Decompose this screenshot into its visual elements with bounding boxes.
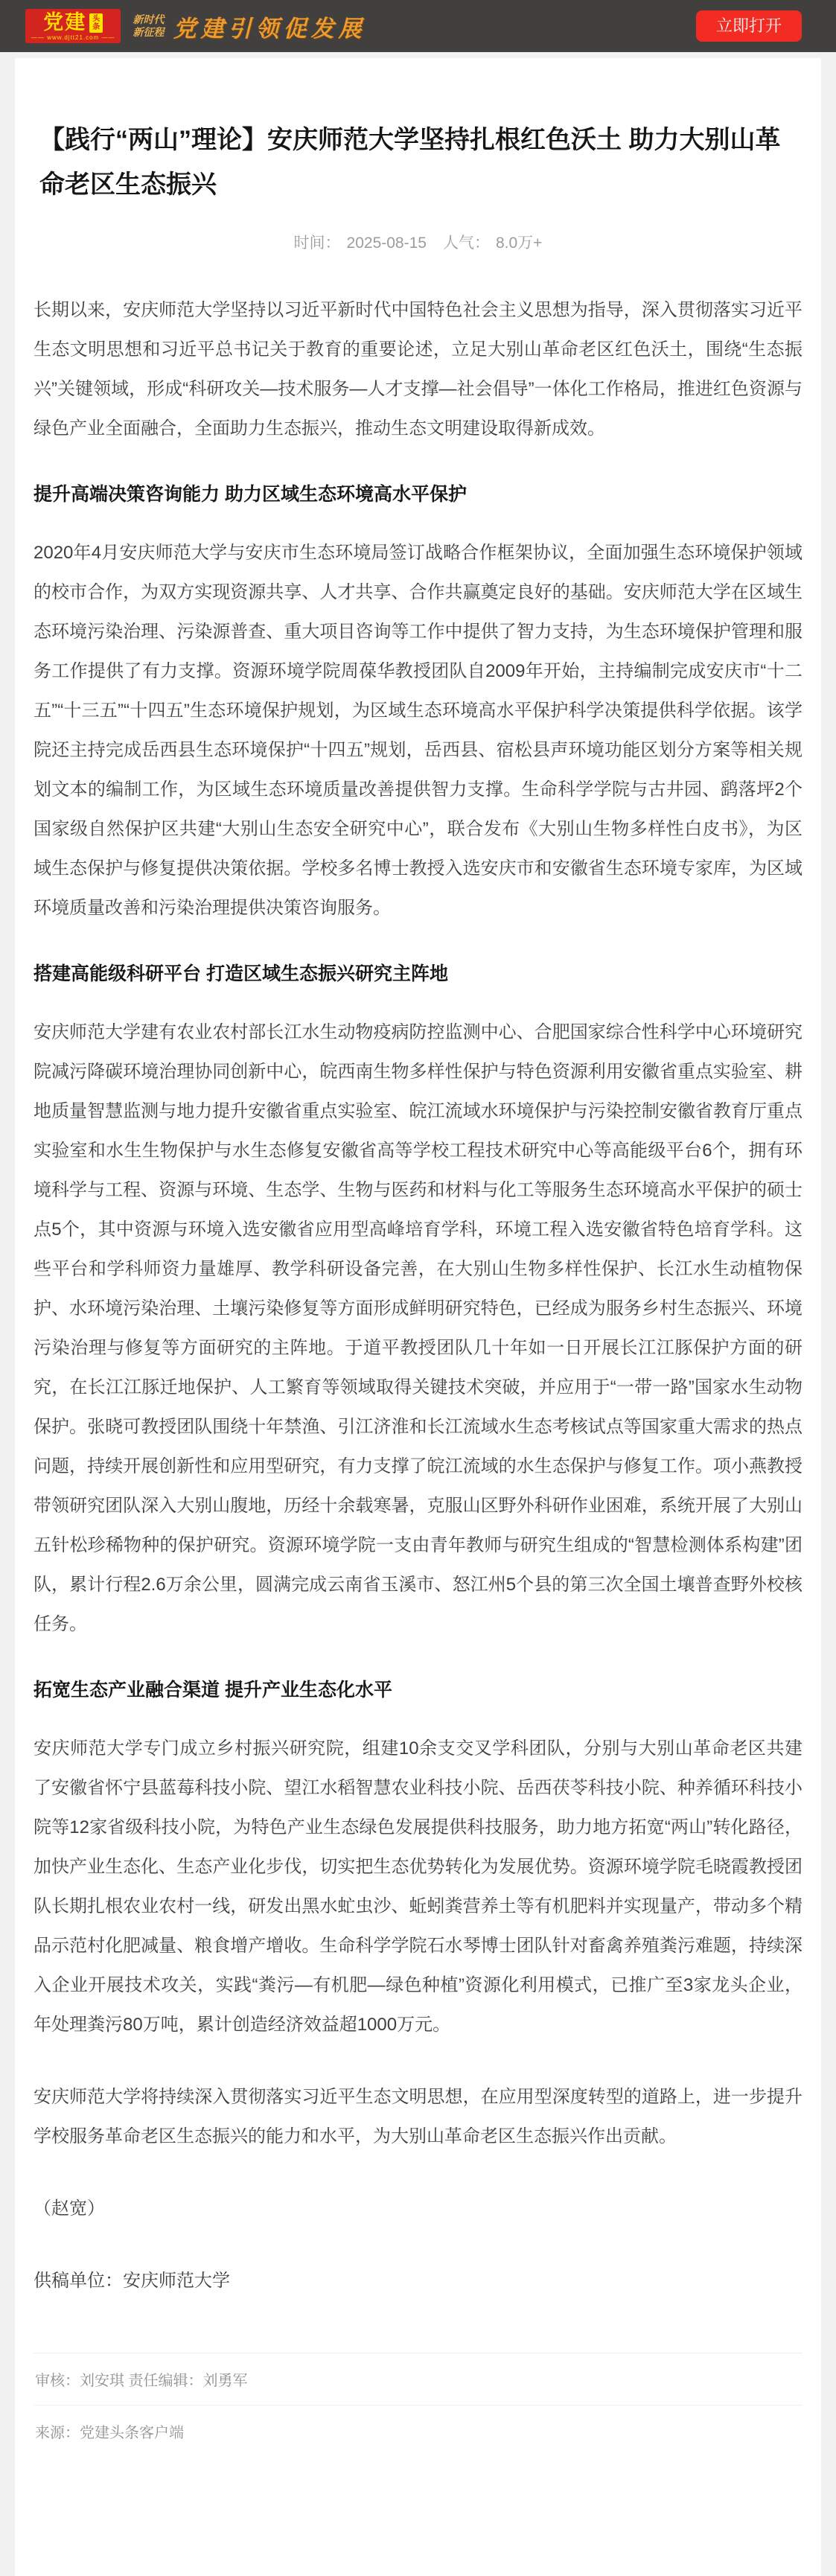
slogan-small-lines: 新时代 新征程 (133, 13, 164, 39)
logo-url-text: —— www.djtt21.com —— (31, 34, 115, 41)
article-body: 长期以来，安庆师范大学坚持以习近平新时代中国特色社会主义思想为指导，深入贯彻落实… (33, 290, 803, 2301)
article-meta: 时间：2025-08-15人气：8.0万+ (33, 231, 803, 253)
paragraph-author: （赵宽） (33, 2189, 803, 2228)
brand: 党建 头条 —— www.djtt21.com —— 新时代 新征程 党建引领促… (25, 9, 366, 43)
slogan-main-text: 党建引领促发展 (173, 10, 366, 43)
footer-review-row: 审核：刘安琪 责任编辑：刘勇军 (33, 2353, 803, 2405)
views-label: 人气： (443, 235, 490, 252)
section-heading-1: 提升高端决策咨询能力 助力区域生态环境高水平保护 (33, 481, 803, 508)
paragraph-section-2: 安庆师范大学建有农业农村部长江水生动物疫病防控监测中心、合肥国家综合性科学中心环… (33, 1013, 803, 1644)
paragraph-intro: 长期以来，安庆师范大学坚持以习近平新时代中国特色社会主义思想为指导，深入贯彻落实… (33, 290, 803, 448)
djtt-logo: 党建 头条 —— www.djtt21.com —— (25, 9, 121, 43)
logo-row: 党建 头条 (43, 13, 103, 33)
header-slogan: 新时代 新征程 党建引领促发展 (133, 10, 366, 43)
paragraph-closing: 安庆师范大学将持续深入贯彻落实习近平生态文明思想，在应用型深度转型的道路上，进一… (33, 2077, 803, 2156)
slogan-line2: 新征程 (133, 26, 164, 39)
time-value: 2025-08-15 (347, 235, 427, 252)
open-app-button[interactable]: 立即打开 (696, 10, 802, 42)
paragraph-section-3: 安庆师范大学专门成立乡村振兴研究院，组建10余支交叉学科团队，分别与大别山革命老… (33, 1729, 803, 2044)
logo-text: 党建 (43, 13, 86, 33)
time-label: 时间： (294, 235, 341, 252)
views-value: 8.0万+ (496, 235, 542, 252)
article-footer: 审核：刘安琪 责任编辑：刘勇军 来源：党建头条客户端 (33, 2353, 803, 2457)
section-heading-2: 搭建高能级科研平台 打造区域生态振兴研究主阵地 (33, 960, 803, 987)
app-header: 党建 头条 —— www.djtt21.com —— 新时代 新征程 党建引领促… (0, 0, 836, 52)
section-heading-3: 拓宽生态产业融合渠道 提升产业生态化水平 (33, 1677, 803, 1703)
footer-source-row: 来源：党建头条客户端 (33, 2405, 803, 2457)
slogan-line1: 新时代 (133, 13, 164, 27)
article-title: 【践行“两山”理论】安庆师范大学坚持扎根红色沃土 助力大别山革命老区生态振兴 (39, 118, 797, 207)
paragraph-section-1: 2020年4月安庆师范大学与安庆市生态环境局签订战略合作框架协议，全面加强生态环… (33, 533, 803, 928)
logo-badge: 头条 (89, 13, 103, 33)
paragraph-contributor: 供稿单位：安庆师范大学 (33, 2261, 803, 2301)
article-card: 【践行“两山”理论】安庆师范大学坚持扎根红色沃土 助力大别山革命老区生态振兴 时… (15, 58, 821, 2576)
